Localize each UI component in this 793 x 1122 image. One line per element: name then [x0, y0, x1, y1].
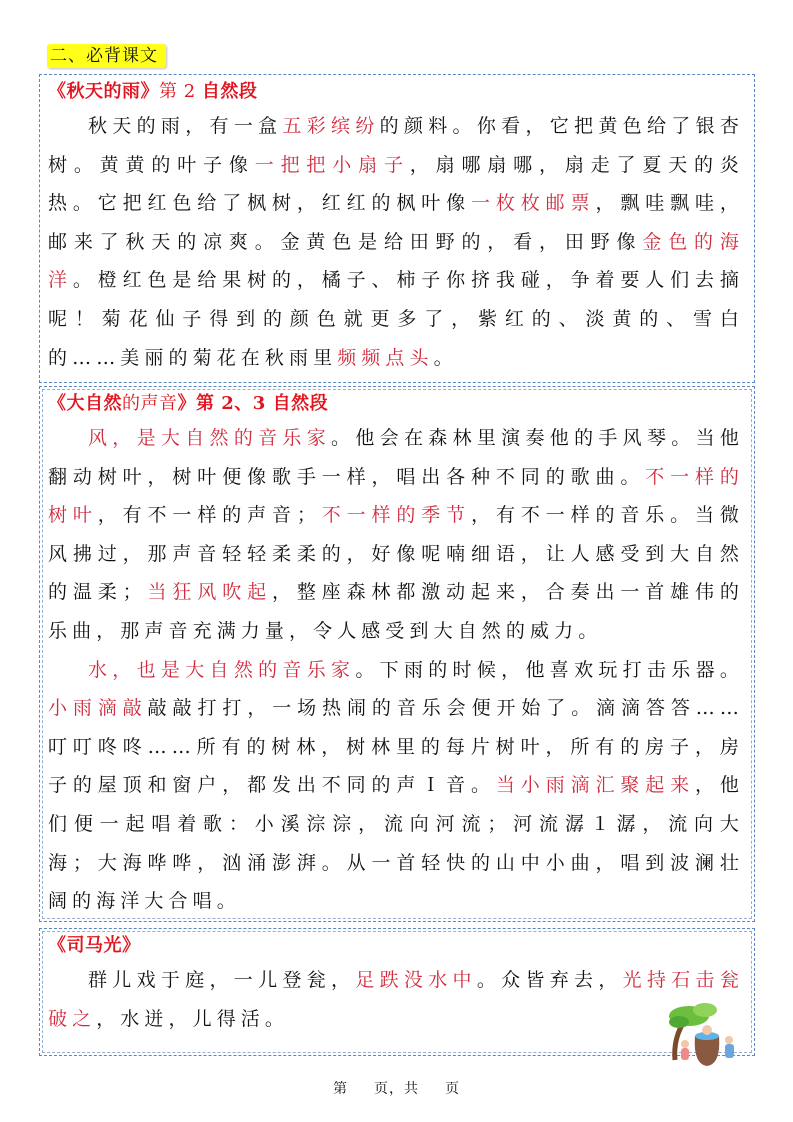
highlighted-phrase: 频频点头: [337, 347, 433, 369]
text-run: ，水迸，儿得活。: [96, 1008, 289, 1030]
text-run: 群儿戏于庭，一儿登瓮，: [88, 969, 355, 991]
highlighted-phrase: 一枚枚邮票: [471, 192, 595, 214]
paragraph: 群儿戏于庭，一儿登瓮，足跌没水中。众皆弃去，光持石击瓮破之，水迸，儿得活。: [48, 961, 744, 1038]
title-part: 自然段: [202, 81, 258, 102]
title-part: 《司马光》: [48, 935, 141, 956]
highlighted-phrase: 足跌没水中: [355, 969, 477, 991]
highlighted-phrase: 水，也是大自然的音乐家: [88, 659, 355, 681]
passage-body: 群儿戏于庭，一儿登瓮，足跌没水中。众皆弃去，光持石击瓮破之，水迸，儿得活。: [48, 961, 744, 1038]
title-part: 第 2: [159, 81, 202, 102]
highlighted-phrase: 当狂风吹起: [147, 581, 272, 603]
passage-body: 风，是大自然的音乐家。他会在森林里演奏他的手风琴。当他翻动树叶，树叶便像歌手一样…: [48, 419, 744, 921]
highlighted-phrase: 小雨滴敲: [48, 697, 148, 719]
highlighted-phrase: 不一样的季节: [321, 504, 471, 526]
footer-middle: 页，共: [374, 1081, 419, 1097]
paragraph: 风，是大自然的音乐家。他会在森林里演奏他的手风琴。当他翻动树叶，树叶便像歌手一样…: [48, 419, 744, 651]
highlighted-phrase: 风，是大自然的音乐家: [88, 427, 331, 449]
text-run: 秋天的雨，有一盒: [88, 115, 282, 137]
text-run: 。: [434, 347, 458, 369]
title-part: 》第 2、3 自然段: [178, 393, 329, 414]
passage-box-nature-sounds: 《大自然的声音》第 2、3 自然段 风，是大自然的音乐家。他会在森林里演奏他的手…: [39, 386, 755, 922]
section-heading: 二、必背课文: [47, 44, 166, 68]
text-run: 。下雨的时候，他喜欢玩打击乐器。: [355, 659, 744, 681]
title-part: 《秋天的雨》: [48, 81, 159, 102]
highlighted-phrase: 当小雨滴汇聚起来: [496, 774, 695, 796]
page-footer: 第页，共页: [0, 1078, 793, 1098]
footer-prefix: 第: [333, 1081, 348, 1097]
paragraph: 水，也是大自然的音乐家。下雨的时候，他喜欢玩打击乐器。小雨滴敲敲敲打打，一场热闹…: [48, 651, 744, 921]
text-run: 。众皆弃去，: [477, 969, 623, 991]
footer-suffix: 页: [445, 1081, 460, 1097]
highlighted-phrase: 五彩缤纷: [282, 115, 379, 137]
passage-title: 《大自然的声音》第 2、3 自然段: [48, 389, 744, 419]
sima-guang-illustration-icon: [655, 998, 747, 1068]
passage-title: 《司马光》: [48, 931, 744, 961]
paragraph: 秋天的雨，有一盒五彩缤纷的颜料。你看，它把黄色给了银杏树。黄黄的叶子像一把把小扇…: [48, 107, 744, 377]
highlighted-phrase: 一把把小扇子: [255, 154, 410, 176]
passage-title: 《秋天的雨》第 2 自然段: [48, 77, 744, 107]
passage-box-autumn-rain: 《秋天的雨》第 2 自然段 秋天的雨，有一盒五彩缤纷的颜料。你看，它把黄色给了银…: [39, 74, 755, 383]
passage-body: 秋天的雨，有一盒五彩缤纷的颜料。你看，它把黄色给了银杏树。黄黄的叶子像一把把小扇…: [48, 107, 744, 377]
title-part: 的声音: [122, 393, 178, 414]
title-part: 《大自然: [48, 393, 122, 414]
text-run: ，有不一样的声音；: [98, 504, 321, 526]
passage-box-sima-guang: 《司马光》 群儿戏于庭，一儿登瓮，足跌没水中。众皆弃去，光持石击瓮破之，水迸，儿…: [39, 928, 755, 1056]
